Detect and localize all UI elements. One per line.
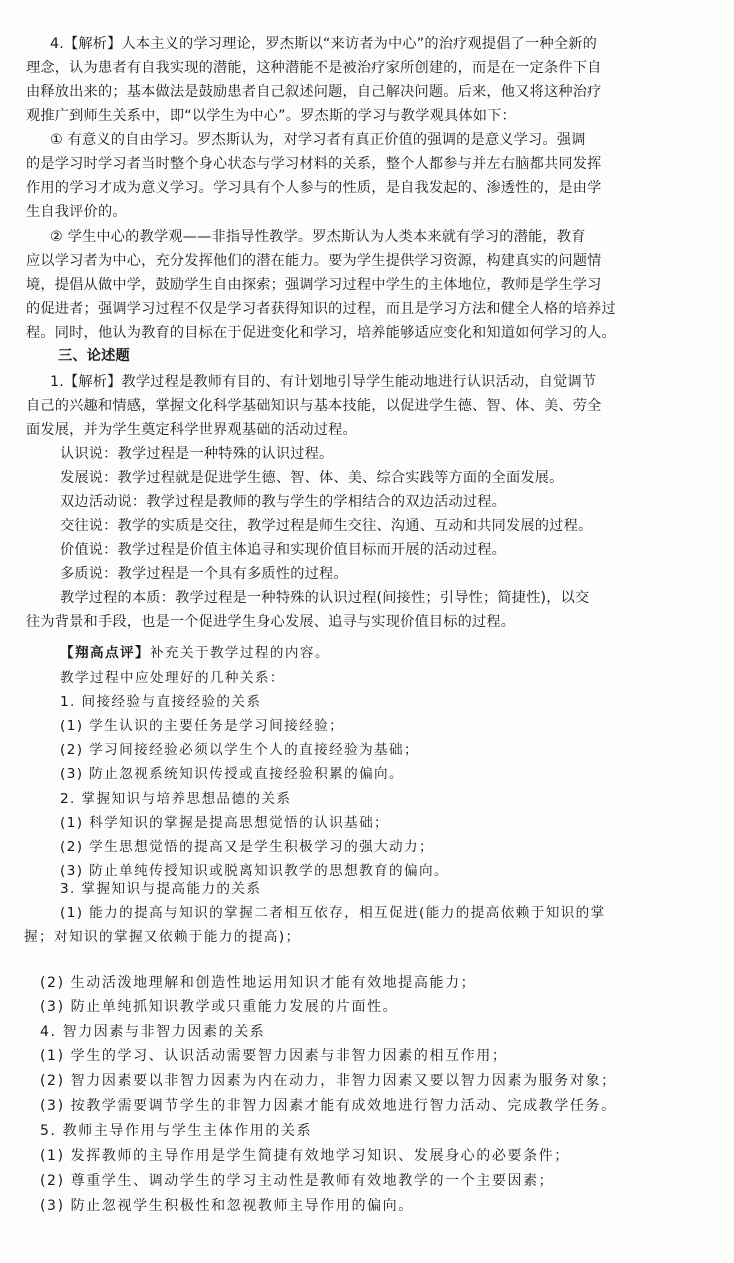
point2-line: 程。同时，他认为教育的目标在于促进变化和学习，培养能够适应变化和知道如何学习的人… — [26, 323, 616, 343]
point1-line: 生自我评价的。 — [26, 202, 127, 222]
relation-item: (2) 智力因素要以非智力因素为内在动力，非智力因素又要以智力因素为服务对象； — [40, 1071, 617, 1091]
point2-line: ② 学生中心的教学观——非指导性教学。罗杰斯认为人类本来就有学习的潜能，教育 — [50, 227, 586, 247]
comment-text: 补充关于教学过程的内容。 — [150, 645, 330, 661]
point1-line: ① 有意义的自由学习。罗杰斯认为，对学习者有真正价值的强调的是意义学习。强调 — [50, 130, 586, 150]
section-heading: 三、论述题 — [58, 346, 130, 366]
theory-item: 认识说：教学过程是一种特殊的认识过程。 — [60, 444, 333, 464]
theory-item: 价值说：教学过程是价值主体追寻和实现价值目标而开展的活动过程。 — [60, 540, 506, 560]
relation-item: (2) 生动活泼地理解和创造性地运用知识才能有效地提高能力； — [40, 973, 476, 993]
relation-item: (1) 学生认识的主要任务是学习间接经验； — [60, 716, 344, 736]
relation-item: (2) 尊重学生、调动学生的学习主动性是教师有效地教学的一个主要因素； — [40, 1171, 554, 1191]
essay1-line: 1.【解析】教学过程是教师有目的、有计划地引导学生能动地进行认识活动，自觉调节 — [50, 372, 596, 392]
q4-line: 理念，认为患者有自我实现的潜能，这种潜能不是被治疗家所创建的，而是在一定条件下自 — [26, 58, 602, 78]
relation-title: 2. 掌握知识与培养思想品德的关系 — [60, 789, 291, 809]
essence-line: 教学过程的本质：教学过程是一种特殊的认识过程(间接性；引导性；简捷性)，以交 — [60, 588, 589, 608]
relation-item: (3) 防止单纯抓知识教学或只重能力发展的片面性。 — [40, 997, 398, 1017]
relation-item: (3) 按教学需要调节学生的非智力因素才能有成效地进行智力活动、完成教学任务。 — [40, 1096, 617, 1116]
relation-item: (1) 学生的学习、认识活动需要智力因素与非智力因素的相互作用； — [40, 1046, 507, 1066]
essence-line: 往为背景和手段，也是一个促进学生身心发展、追寻与实现价值目标的过程。 — [26, 612, 515, 632]
relation-title: 4. 智力因素与非智力因素的关系 — [40, 1022, 265, 1042]
point2-line: 境，提倡从做中学，鼓励学生自由探索；强调学习过程中学生的主体地位，教师是学生学习 — [26, 275, 602, 295]
intro-line: 教学过程中应处理好的几种关系： — [60, 668, 285, 688]
comment-line: 【翔高点评】补充关于教学过程的内容。 — [60, 643, 330, 663]
essay1-line: 自己的兴趣和情感，掌握文化科学基础知识与基本技能，以促进学生德、智、体、美、劳全 — [26, 396, 602, 416]
point1-line: 作用的学习才成为意义学习。学习具有个人参与的性质，是自我发起的、渗透性的，是由学 — [26, 178, 602, 198]
relation-item: (1) 科学知识的掌握是提高思想觉悟的认识基础； — [60, 813, 389, 833]
comment-tag: 【翔高点评】 — [60, 645, 150, 661]
relation-item: (3) 防止忽视学生积极性和忽视教师主导作用的偏向。 — [40, 1196, 414, 1216]
relation-item: (3) 防止单纯传授知识或脱离知识教学的思想教育的偏向。 — [60, 861, 449, 881]
theory-item: 交往说：教学的实质是交往，教学过程是师生交往、沟通、互动和共同发展的过程。 — [60, 516, 592, 536]
relation-item: (1) 发挥教师的主导作用是学生简捷有效地学习知识、发展身心的必要条件； — [40, 1146, 570, 1166]
q4-line: 由释放出来的；基本做法是鼓励患者自己叙述问题，自己解决问题。后来，他又将这种治疗 — [26, 82, 602, 102]
relation-title: 5. 教师主导作用与学生主体作用的关系 — [40, 1121, 312, 1141]
q4-line: 观推广到师生关系中，即“以学生为中心”。罗杰斯的学习与教学观具体如下： — [26, 106, 516, 126]
theory-item: 双边活动说：教学过程是教师的教与学生的学相结合的双边活动过程。 — [60, 492, 506, 512]
point1-line: 的是学习时学习者当时整个身心状态与学习材料的关系，整个人都参与并左右脑都共同发挥 — [26, 154, 602, 174]
relation-item: (3) 防止忽视系统知识传授或直接经验积累的偏向。 — [60, 764, 404, 784]
theory-item: 发展说：教学过程就是促进学生德、智、体、美、综合实践等方面的全面发展。 — [60, 468, 564, 488]
point2-line: 应以学习者为中心，充分发挥他们的潜在能力。要为学生提供学习资源，构建真实的问题情 — [26, 251, 602, 271]
relation-item: 握；对知识的掌握又依赖于能力的提高)； — [24, 927, 301, 947]
relation-item: (1) 能力的提高与知识的掌握二者相互依存，相互促进(能力的提高依赖于知识的掌 — [60, 903, 606, 923]
relation-title: 1. 间接经验与直接经验的关系 — [60, 692, 261, 712]
essay1-line: 面发展，并为学生奠定科学世界观基础的活动过程。 — [26, 420, 357, 440]
relation-title: 3. 掌握知识与提高能力的关系 — [60, 879, 261, 899]
q4-line: 4.【解析】人本主义的学习理论，罗杰斯以“来访者为中心”的治疗观提倡了一种全新的 — [50, 34, 597, 54]
relation-item: (2) 学习间接经验必须以学生个人的直接经验为基础； — [60, 740, 419, 760]
point2-line: 的促进者；强调学习过程不仅是学习者获得知识的过程，而且是学习方法和健全人格的培养… — [26, 299, 616, 319]
theory-item: 多质说：教学过程是一个具有多质性的过程。 — [60, 564, 348, 584]
relation-item: (2) 学生思想觉悟的提高又是学生积极学习的强大动力； — [60, 837, 434, 857]
